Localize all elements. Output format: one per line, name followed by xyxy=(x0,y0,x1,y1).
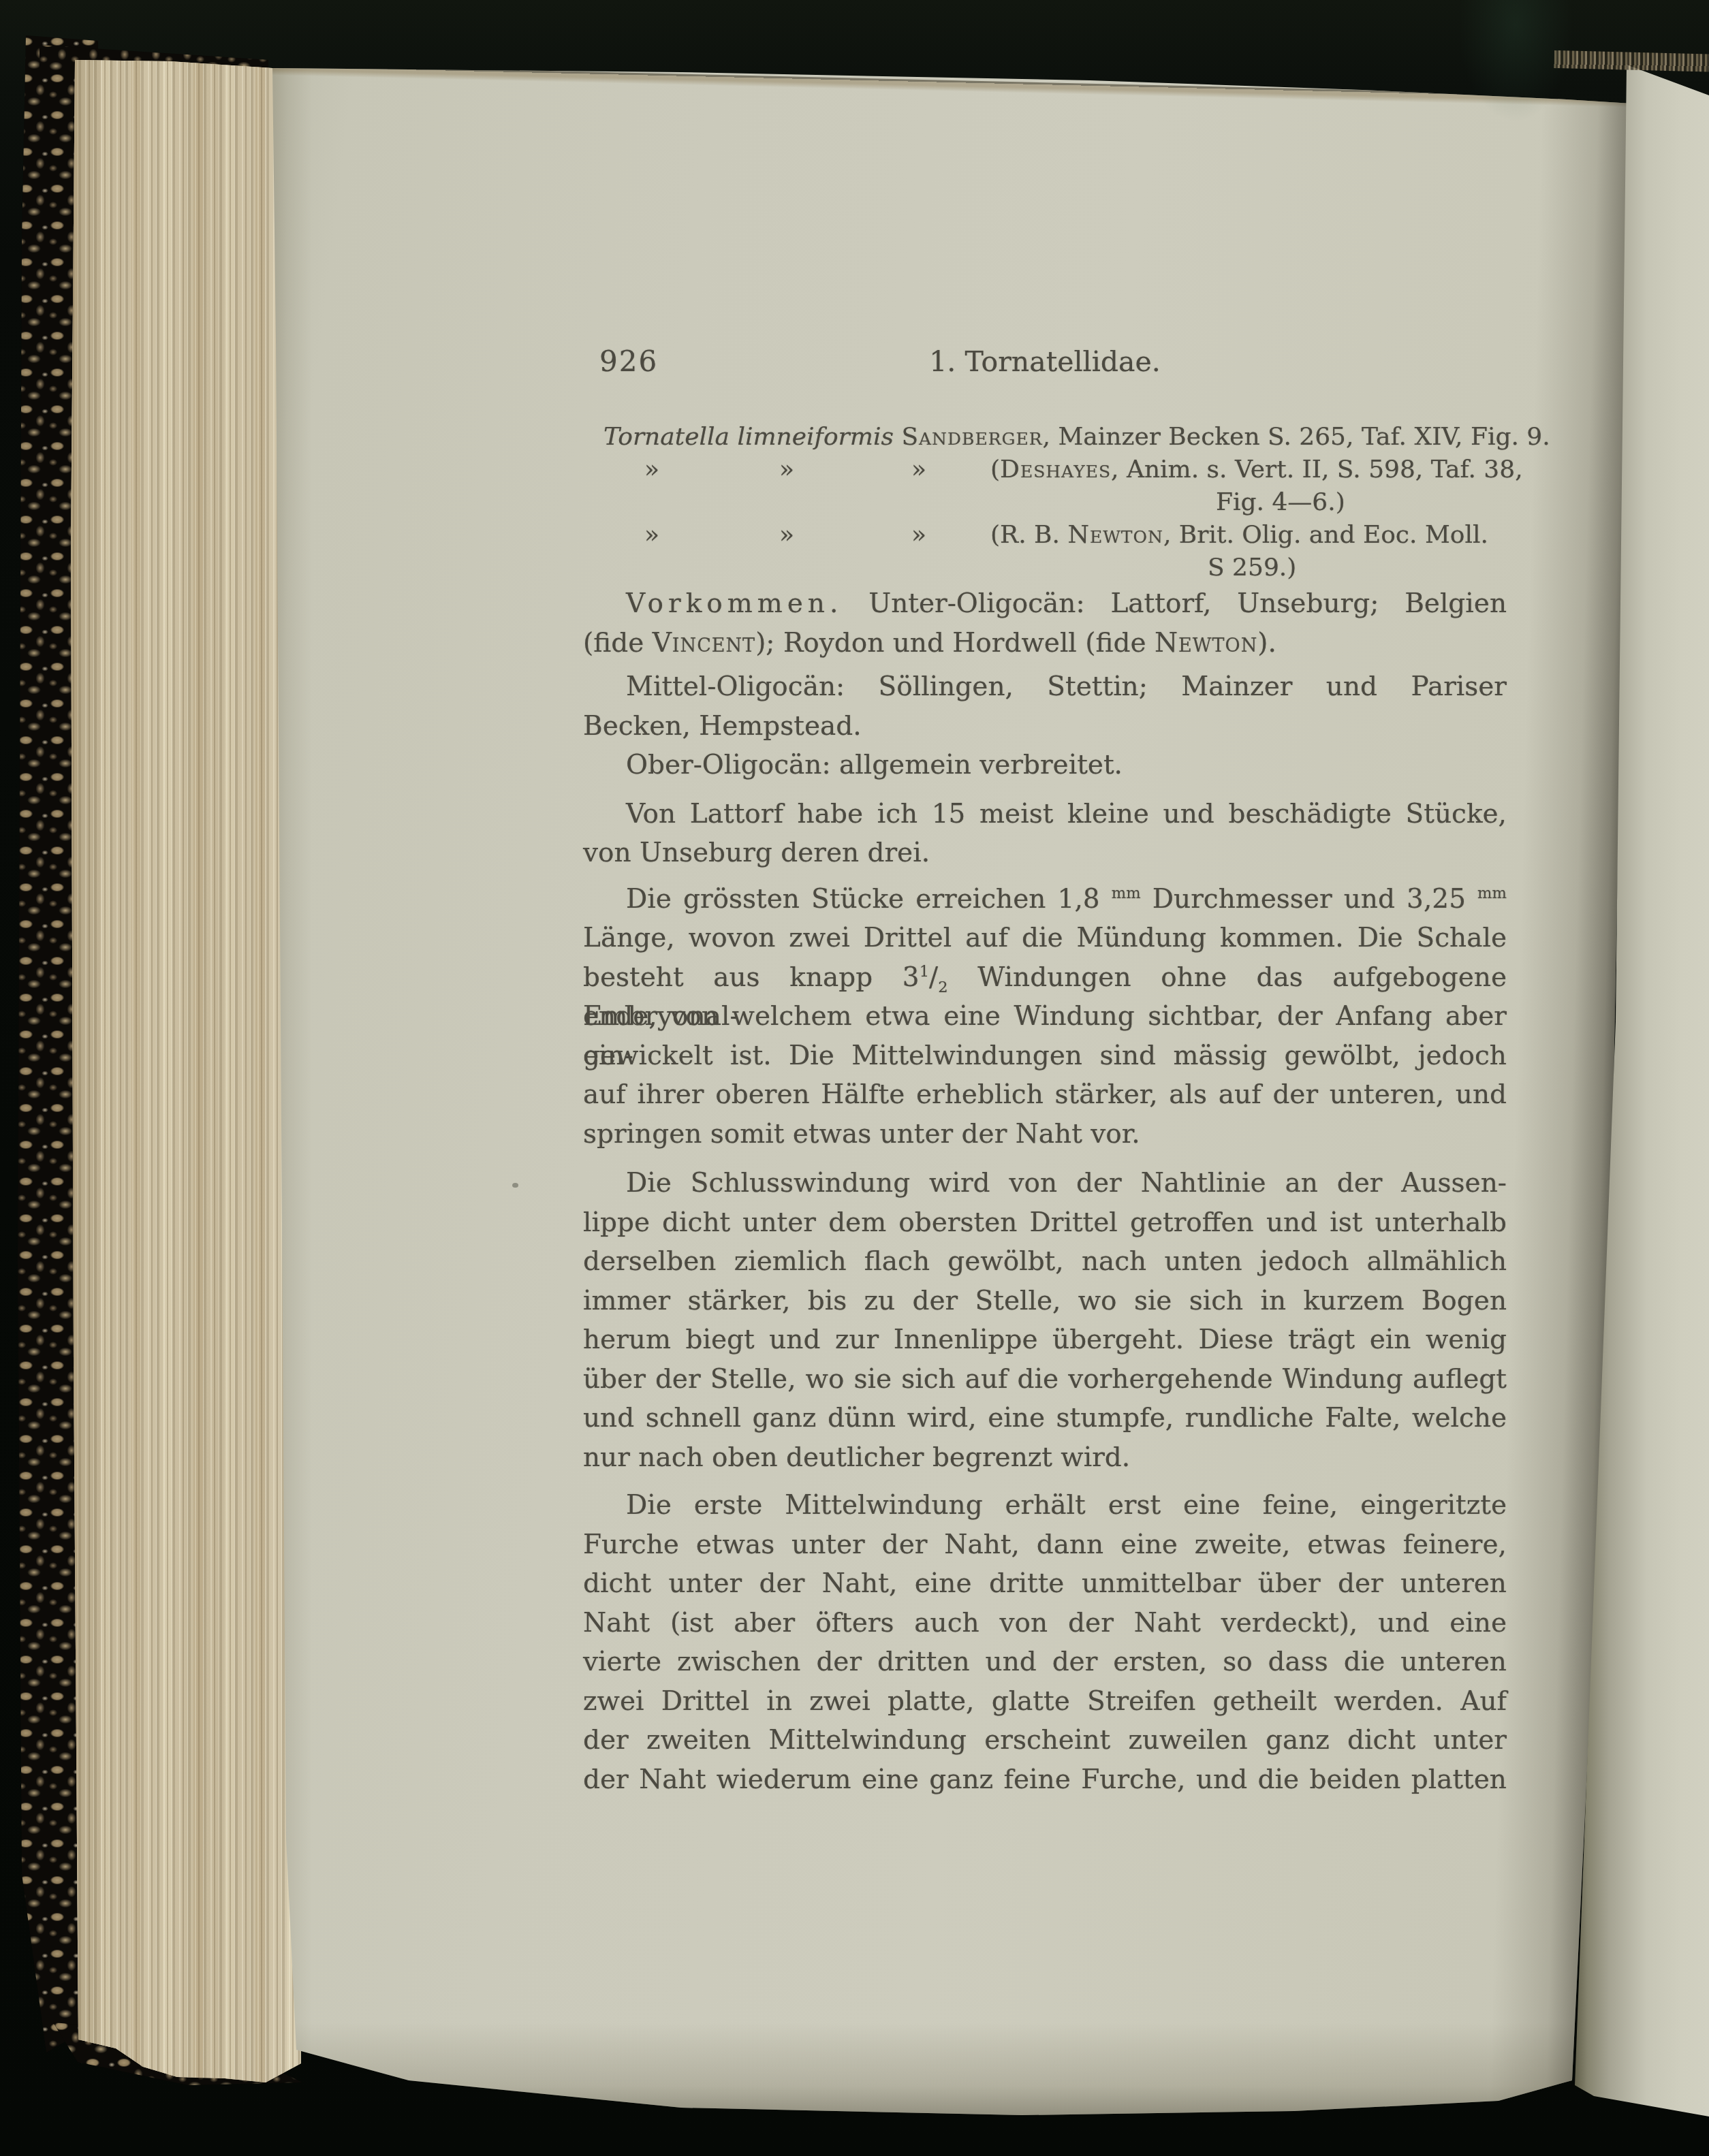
citation-line: »»»(R. B. Newton, Brit. Olig. and Eoc. M… xyxy=(583,519,1550,552)
text-segment: besteht aus knapp 3 xyxy=(583,962,920,993)
text-line: zwei Drittel in zwei platte, glatte Stre… xyxy=(583,1682,1507,1722)
text-line: derselben ziemlich flach gewölbt, nach u… xyxy=(583,1242,1507,1282)
text-segment: Naht (ist aber öfters auch von der Naht … xyxy=(583,1608,1507,1638)
text-segment: ); Roydon und Hordwell (fide xyxy=(755,628,1155,659)
body-text: Vorkommen. Unter-Oligocän: Lattorf, Unse… xyxy=(583,584,1507,1799)
text-segment: dicht unter der Naht, eine dritte unmitt… xyxy=(583,1568,1507,1599)
text-segment: immer stärker, bis zu der Stelle, wo sie… xyxy=(583,1286,1507,1316)
paper-speck xyxy=(512,1183,518,1188)
text-segment: , Mainzer Becken S. 265, Taf. XIV, Fig. … xyxy=(1043,423,1550,451)
citation-line: Tornatella limneiformis Sandberger, Main… xyxy=(583,421,1550,454)
text-segment: der Naht wiederum eine ganz feine Furche… xyxy=(583,1764,1507,1795)
text-segment: von Unseburg deren drei. xyxy=(583,838,930,868)
text-segment: Die erste Mittelwindung erhält erst eine… xyxy=(626,1490,1507,1521)
paragraph: Die erste Mittelwindung erhält erst eine… xyxy=(583,1486,1507,1799)
citation-line: S 259.) xyxy=(583,552,1550,584)
author-name: Sandberger xyxy=(901,423,1042,451)
paragraph: Die grössten Stücke erreichen 1,8 mm Dur… xyxy=(583,880,1507,1154)
text-segment: vierte zwischen der dritten und der erst… xyxy=(583,1647,1507,1677)
author-name: Deshayes xyxy=(1000,456,1111,483)
text-segment: gewickelt ist. Die Mittelwindungen sind … xyxy=(583,1041,1507,1071)
text-segment: Vorkommen. xyxy=(626,588,843,619)
paragraph: Mittel-Oligocän: Söllingen, Stettin; Mai… xyxy=(583,667,1507,746)
text-segment: / xyxy=(929,962,938,993)
text-segment: springen somit etwas unter der Naht vor. xyxy=(583,1119,1140,1150)
species-name: Tornatella limneiformis xyxy=(603,423,894,451)
text-segment: auf ihrer oberen Hälfte erheblich stärke… xyxy=(583,1079,1507,1110)
text-line: der zweiten Mittelwindung erscheint zuwe… xyxy=(583,1721,1507,1760)
text-segment: der zweiten Mittelwindung erscheint zuwe… xyxy=(583,1725,1507,1756)
author-name: Newton xyxy=(1155,628,1257,659)
citation-text: S 259.) xyxy=(1208,552,1296,584)
text-line: auf ihrer oberen Hälfte erheblich stärke… xyxy=(583,1075,1507,1115)
text-segment: 2 xyxy=(938,978,947,996)
text-line: gewickelt ist. Die Mittelwindungen sind … xyxy=(583,1036,1507,1076)
text-segment: Unter-Oligocän: Lattorf, Unseburg; Belgi… xyxy=(843,588,1507,619)
author-name: Vincent xyxy=(653,628,755,659)
ditto-mark: » xyxy=(644,454,659,486)
text-line: Vorkommen. Unter-Oligocän: Lattorf, Unse… xyxy=(583,584,1507,624)
citation-text: Fig. 4—6.) xyxy=(1216,486,1345,519)
citation-text: Tornatella limneiformis Sandberger, Main… xyxy=(603,421,1550,454)
text-line: Mittel-Oligocän: Söllingen, Stettin; Mai… xyxy=(583,667,1507,707)
text-line: Die erste Mittelwindung erhält erst eine… xyxy=(583,1486,1507,1525)
text-segment: Furche etwas unter der Naht, dann eine z… xyxy=(583,1529,1507,1560)
text-line: Länge, wovon zwei Drittel auf die Mündun… xyxy=(583,919,1507,958)
text-segment: zwei Drittel in zwei platte, glatte Stre… xyxy=(583,1686,1507,1717)
text-segment: Von Lattorf habe ich 15 meist kleine und… xyxy=(626,799,1507,829)
text-segment: Die grössten Stücke erreichen 1,8 xyxy=(626,884,1112,915)
paragraph: Die Schlusswindung wird von der Nahtlini… xyxy=(583,1164,1507,1477)
text-line: springen somit etwas unter der Naht vor. xyxy=(583,1115,1507,1154)
ditto-mark: » xyxy=(644,519,659,552)
text-segment: , Anim. s. Vert. II, S. 598, Taf. 38, xyxy=(1111,456,1523,483)
text-line: Becken, Hempstead. xyxy=(583,707,1507,746)
text-segment: Becken, Hempstead. xyxy=(583,711,862,742)
text-segment: ). xyxy=(1257,628,1276,659)
citation-text: (Deshayes, Anim. s. Vert. II, S. 598, Ta… xyxy=(990,454,1523,486)
text-segment: nur nach oben deutlicher begrenzt wird. xyxy=(583,1442,1130,1473)
text-segment: herum biegt und zur Innenlippe übergeht.… xyxy=(583,1325,1507,1355)
paragraph: Ober-Oligocän: allgemein verbreitet. xyxy=(583,746,1507,785)
text-segment: Durchmesser und 3,25 xyxy=(1141,884,1477,915)
citation-block: Tornatella limneiformis Sandberger, Main… xyxy=(583,421,1550,584)
text-line: Ober-Oligocän: allgemein verbreitet. xyxy=(583,746,1507,785)
text-line: Furche etwas unter der Naht, dann eine z… xyxy=(583,1525,1507,1565)
text-line: dicht unter der Naht, eine dritte unmitt… xyxy=(583,1564,1507,1604)
text-line: von Unseburg deren drei. xyxy=(583,834,1507,873)
text-line: Naht (ist aber öfters auch von der Naht … xyxy=(583,1604,1507,1643)
text-segment: lippe dicht unter dem obersten Drittel g… xyxy=(583,1207,1507,1238)
text-segment: S 259.) xyxy=(1208,554,1296,582)
text-line: herum biegt und zur Innenlippe übergeht.… xyxy=(583,1320,1507,1360)
text-segment: derselben ziemlich flach gewölbt, nach u… xyxy=(583,1246,1507,1277)
text-line: Von Lattorf habe ich 15 meist kleine und… xyxy=(583,795,1507,834)
ditto-mark: » xyxy=(911,519,926,552)
text-segment xyxy=(894,423,901,451)
page-header: 926 1. Tornatellidae. xyxy=(583,343,1507,380)
text-segment: mm xyxy=(1477,885,1507,902)
text-segment: Länge, wovon zwei Drittel auf die Mündun… xyxy=(583,923,1507,953)
text-segment: Mittel-Oligocän: Söllingen, Stettin; Mai… xyxy=(626,671,1507,702)
citation-line: Fig. 4—6.) xyxy=(583,486,1550,519)
text-line: besteht aus knapp 31/2 Windungen ohne da… xyxy=(583,958,1507,998)
text-line: (fide Vincent); Roydon und Hordwell (fid… xyxy=(583,624,1507,663)
text-segment: und schnell ganz dünn wird, eine stumpfe… xyxy=(583,1403,1507,1433)
ditto-mark: » xyxy=(779,454,794,486)
text-segment: mm xyxy=(1112,885,1141,902)
text-segment: Fig. 4—6.) xyxy=(1216,488,1345,516)
text-line: immer stärker, bis zu der Stelle, wo sie… xyxy=(583,1282,1507,1321)
ditto-mark: » xyxy=(911,454,926,486)
ditto-mark: » xyxy=(779,519,794,552)
text-segment: Ober-Oligocän: allgemein verbreitet. xyxy=(626,750,1123,780)
text-line: über der Stelle, wo sie sich auf die vor… xyxy=(583,1360,1507,1399)
text-line: lippe dicht unter dem obersten Drittel g… xyxy=(583,1203,1507,1243)
text-segment: 1 xyxy=(920,963,929,981)
text-line: vierte zwischen der dritten und der erst… xyxy=(583,1643,1507,1682)
citation-line: »»»(Deshayes, Anim. s. Vert. II, S. 598,… xyxy=(583,454,1550,486)
author-name: Newton xyxy=(1067,521,1163,549)
text-line: ende, von welchem etwa eine Windung sich… xyxy=(583,997,1507,1036)
text-segment: ( xyxy=(990,456,1000,483)
text-line: und schnell ganz dünn wird, eine stumpfe… xyxy=(583,1399,1507,1438)
book-scan-scene: 926 1. Tornatellidae. Tornatella limneif… xyxy=(0,0,1709,2156)
running-title: 1. Tornatellidae. xyxy=(929,345,1161,378)
paragraph: Vorkommen. Unter-Oligocän: Lattorf, Unse… xyxy=(583,584,1507,663)
printed-text-layer: 926 1. Tornatellidae. Tornatella limneif… xyxy=(0,0,1709,2156)
text-line: nur nach oben deutlicher begrenzt wird. xyxy=(583,1438,1507,1478)
text-segment: (R. B. xyxy=(990,521,1067,549)
text-segment: (fide xyxy=(583,628,653,659)
text-segment: Die Schlusswindung wird von der Nahtlini… xyxy=(626,1168,1507,1199)
citation-text: (R. B. Newton, Brit. Olig. and Eoc. Moll… xyxy=(990,519,1488,552)
paragraph: Von Lattorf habe ich 15 meist kleine und… xyxy=(583,795,1507,873)
text-segment: über der Stelle, wo sie sich auf die vor… xyxy=(583,1364,1507,1395)
text-line: der Naht wiederum eine ganz feine Furche… xyxy=(583,1760,1507,1800)
text-line: Die Schlusswindung wird von der Nahtlini… xyxy=(583,1164,1507,1203)
page-number: 926 xyxy=(599,343,658,380)
text-line: Die grössten Stücke erreichen 1,8 mm Dur… xyxy=(583,880,1507,919)
text-segment: , Brit. Olig. and Eoc. Moll. xyxy=(1163,521,1488,549)
